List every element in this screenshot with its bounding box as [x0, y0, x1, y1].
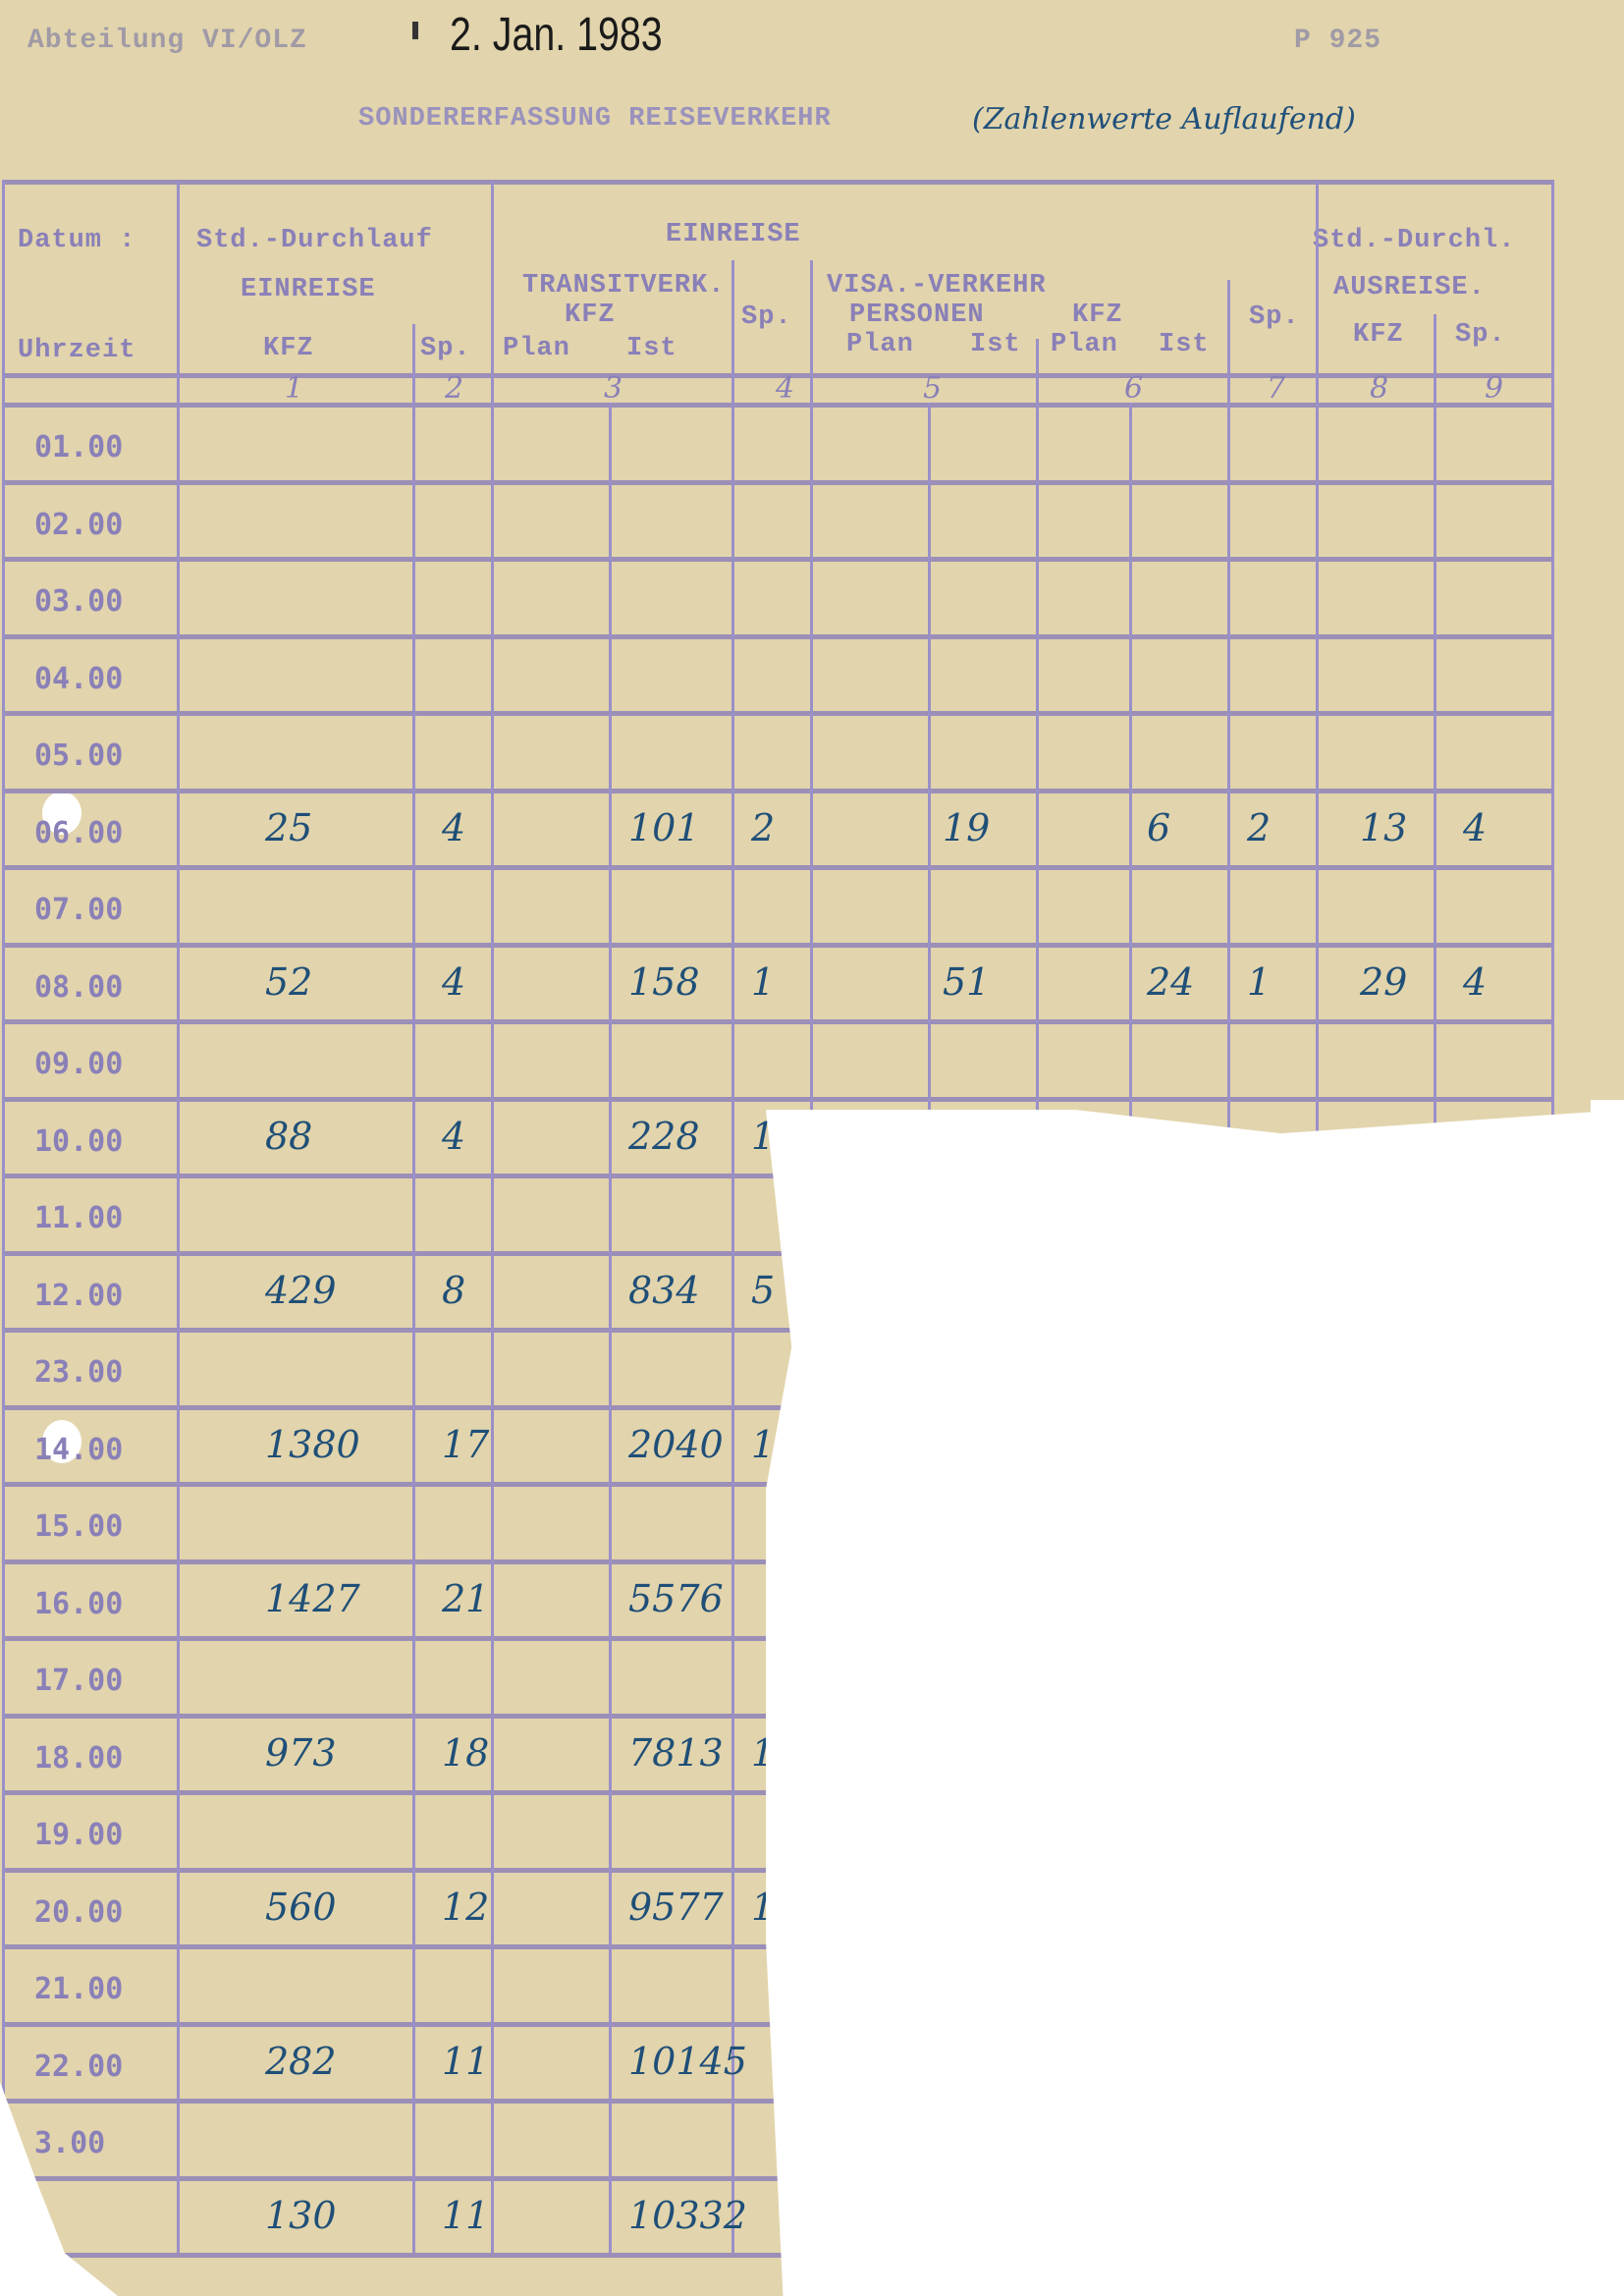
cell-value-c2: 11 — [442, 2040, 489, 2083]
grid-line-plan-ist — [609, 403, 612, 2253]
header-visa-kfz: KFZ — [1072, 301, 1123, 330]
cell-value-c1: 130 — [265, 2194, 337, 2237]
cell-value-c3-ist: 228 — [628, 1115, 700, 1158]
row-time-label: 20.00 — [34, 1895, 123, 1930]
cell-value-c1: 560 — [265, 1886, 337, 1929]
header-transitverk: TRANSITVERK. — [522, 271, 725, 301]
cell-value-c9: 4 — [1463, 960, 1487, 1004]
cell-value-c5-ist: 19 — [943, 806, 990, 849]
cell-value-c3-ist: 10145 — [628, 2040, 747, 2083]
date-stamp: 2. Jan. 1983 — [450, 8, 663, 62]
header-einreise-sub: EINREISE — [241, 275, 376, 304]
row-time-label: 16.00 — [34, 1587, 123, 1621]
header-ausreise-sub: AUSREISE. — [1333, 273, 1486, 302]
row-time-label: 23.00 — [34, 1355, 123, 1390]
cell-value-c8: 29 — [1360, 960, 1407, 1004]
cell-value-c3-ist: 7813 — [628, 1731, 724, 1775]
form-number: P 925 — [1294, 26, 1381, 56]
cell-value-c2: 11 — [442, 2194, 489, 2237]
cell-value-c3-ist: 101 — [628, 806, 700, 849]
column-number: 4 — [776, 371, 794, 406]
grid-line-column — [2, 180, 5, 2253]
grid-line-row — [2, 865, 1553, 870]
cell-value-c6-ist: 6 — [1147, 806, 1170, 849]
grid-line-row — [2, 711, 1553, 716]
row-time-label: 10.00 — [34, 1124, 123, 1159]
cell-value-c3-ist: 5576 — [628, 1577, 724, 1620]
column-number: 7 — [1267, 371, 1285, 406]
cell-value-c1: 973 — [265, 1731, 337, 1775]
header-transit-ist: Ist — [626, 334, 677, 363]
column-number: 5 — [923, 371, 942, 406]
row-time-label: 04.00 — [34, 662, 123, 696]
grid-line-column — [491, 180, 494, 2253]
cell-value-c7: 2 — [1247, 806, 1271, 849]
row-time-label: 14.00 — [34, 1433, 123, 1467]
cell-value-c2: 21 — [442, 1577, 489, 1620]
row-time-label: 03.00 — [34, 584, 123, 619]
column-number: 2 — [445, 371, 463, 406]
header-visa-verkehr: VISA.-VERKEHR — [827, 271, 1047, 301]
cell-value-c2: 4 — [442, 806, 465, 849]
cell-value-c9: 4 — [1463, 806, 1487, 849]
cell-value-c3-ist: 2040 — [628, 1423, 724, 1466]
row-time-label: 01.00 — [34, 430, 123, 465]
stamp-mark — [412, 22, 418, 39]
header-sp-2: Sp. — [420, 334, 471, 363]
cell-value-c2: 8 — [442, 1269, 465, 1312]
column-number: 3 — [604, 371, 623, 406]
torn-away-area — [766, 1110, 1624, 2296]
grid-line-row — [2, 943, 1553, 948]
row-time-label: 18.00 — [34, 1741, 123, 1776]
header-visa-plan-5: Plan — [846, 330, 914, 359]
cell-value-c1: 25 — [265, 806, 312, 849]
cell-value-c8: 13 — [1360, 806, 1407, 849]
department-label: Abteilung VI/OLZ — [27, 26, 307, 56]
cell-value-c6-ist: 24 — [1147, 960, 1194, 1004]
cell-value-c4: 1 — [751, 960, 775, 1004]
cell-value-c3-ist: 10332 — [628, 2194, 747, 2237]
header-visa-ist-6: Ist — [1159, 330, 1210, 359]
cell-value-c3-ist: 9577 — [628, 1886, 724, 1929]
cell-value-c1: 52 — [265, 960, 312, 1004]
column-number: 6 — [1124, 371, 1143, 406]
grid-line-row — [2, 480, 1553, 485]
torn-away-area — [1591, 1100, 1624, 1129]
header-einreise-group: EINREISE — [666, 220, 801, 249]
header-kfz-1: KFZ — [263, 334, 314, 363]
grid-line-top — [2, 180, 1553, 185]
form-title: SONDERERFASSUNG REISEVERKEHR — [358, 104, 832, 134]
handwritten-note: (Zahlenwerte Auflaufend) — [972, 102, 1356, 137]
cell-value-c2: 12 — [442, 1886, 489, 1929]
row-time-label: 05.00 — [34, 738, 123, 773]
header-sp-4: Sp. — [741, 302, 792, 332]
header-std-durchl-ausreise: Std.-Durchl. — [1313, 226, 1515, 255]
row-time-label: 12.00 — [34, 1279, 123, 1313]
cell-value-c1: 88 — [265, 1115, 312, 1158]
row-time-label: 22.00 — [34, 2050, 123, 2084]
row-time-label: 09.00 — [34, 1047, 123, 1081]
cell-value-c1: 282 — [265, 2040, 337, 2083]
header-sp-9: Sp. — [1455, 320, 1506, 350]
row-time-label: 07.00 — [34, 893, 123, 927]
header-transit-kfz: KFZ — [565, 301, 616, 330]
cell-value-c1: 429 — [265, 1269, 337, 1312]
cell-value-c3-ist: 834 — [628, 1269, 700, 1312]
row-time-label: 06.00 — [34, 816, 123, 850]
row-time-label: 3.00 — [34, 2126, 105, 2160]
row-time-label: 02.00 — [34, 508, 123, 542]
header-transit-plan: Plan — [503, 334, 570, 363]
grid-line-row — [2, 789, 1553, 793]
header-datum: Datum : — [18, 226, 135, 255]
grid-line-column — [177, 180, 180, 2253]
cell-value-c2: 4 — [442, 960, 465, 1004]
grid-line-subcolumn — [731, 260, 734, 2253]
row-time-label: 11.00 — [34, 1201, 123, 1235]
header-sp-7: Sp. — [1249, 302, 1300, 332]
header-uhrzeit: Uhrzeit — [18, 336, 135, 365]
grid-line-subcolumn — [412, 324, 415, 2253]
row-time-label: 15.00 — [34, 1509, 123, 1544]
row-time-label: 08.00 — [34, 970, 123, 1005]
cell-value-c2: 18 — [442, 1731, 489, 1775]
header-std-durchlauf-einreise: Std.-Durchlauf — [196, 226, 433, 255]
header-visa-ist-5: Ist — [970, 330, 1021, 359]
cell-value-c5-ist: 51 — [943, 960, 990, 1004]
row-time-label: 21.00 — [34, 1972, 123, 2006]
cell-value-c2: 4 — [442, 1115, 465, 1158]
column-number: 9 — [1485, 371, 1503, 406]
grid-line-row — [2, 557, 1553, 562]
grid-line-row — [2, 634, 1553, 639]
grid-line-row — [2, 1097, 1553, 1102]
row-time-label: 17.00 — [34, 1664, 123, 1698]
cell-value-c4: 2 — [751, 806, 775, 849]
header-kfz-8: KFZ — [1353, 320, 1404, 350]
cell-value-c1: 1427 — [265, 1577, 360, 1620]
column-number: 1 — [285, 371, 303, 406]
row-time-label: 19.00 — [34, 1818, 123, 1852]
cell-value-c2: 17 — [442, 1423, 489, 1466]
grid-line-row — [2, 1019, 1553, 1024]
cell-value-c7: 1 — [1247, 960, 1271, 1004]
column-number: 8 — [1370, 371, 1388, 406]
cell-value-c3-ist: 158 — [628, 960, 700, 1004]
cell-value-c1: 1380 — [265, 1423, 360, 1466]
header-visa-personen: PERSONEN — [849, 301, 985, 330]
cell-value-c4: 5 — [751, 1269, 775, 1312]
header-visa-plan-6: Plan — [1051, 330, 1118, 359]
